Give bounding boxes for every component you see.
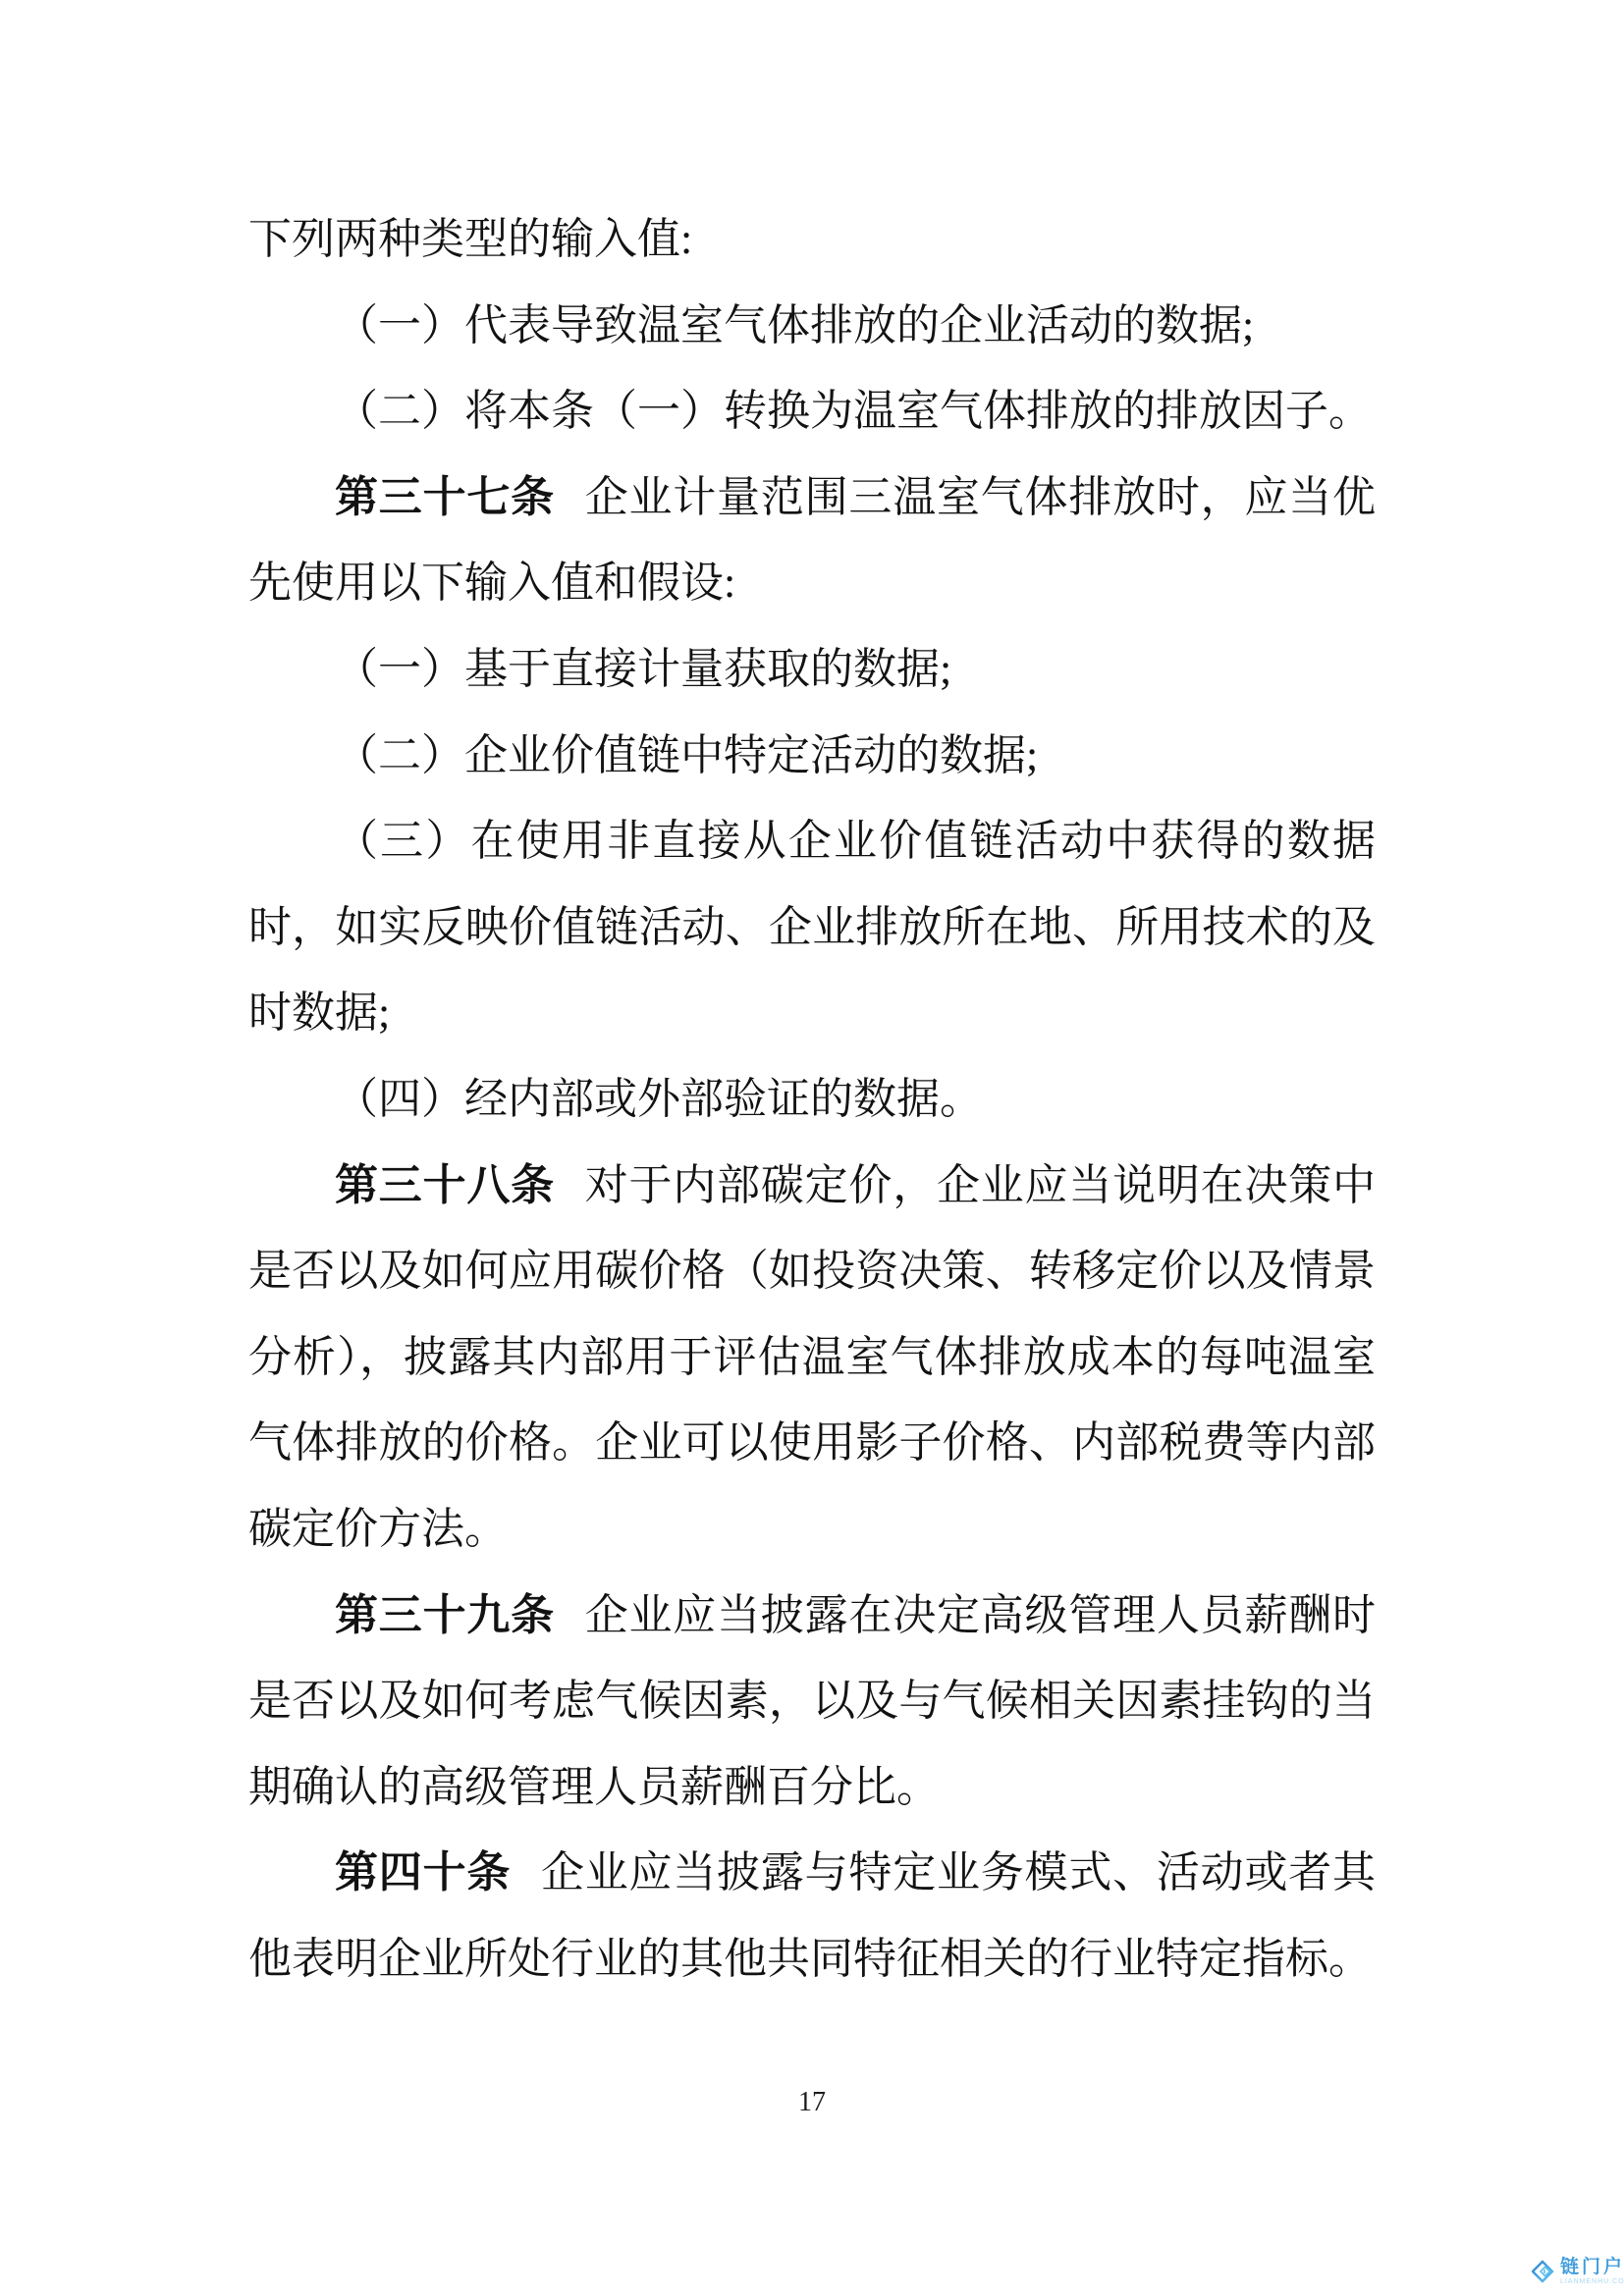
logo-text: 链门户 xyxy=(1560,2258,1624,2276)
document-page: 下列两种类型的输入值:（一）代表导致温室气体排放的企业活动的数据;（二）将本条（… xyxy=(0,0,1624,2296)
article-number: 第四十条 xyxy=(335,1848,511,1896)
lianmenhu-logo-icon xyxy=(1532,2260,1555,2283)
document-body: 下列两种类型的输入值:（一）代表导致温室气体排放的企业活动的数据;（二）将本条（… xyxy=(248,196,1376,2002)
paragraph: （四）经内部或外部验证的数据。 xyxy=(248,1056,1376,1143)
paragraph: 第四十条企业应当披露与特定业务模式、活动或者其他表明企业所处行业的其他共同特征相… xyxy=(248,1830,1376,2002)
paragraph: （一）代表导致温室气体排放的企业活动的数据; xyxy=(248,283,1376,369)
paragraph: 第三十七条企业计量范围三温室气体排放时，应当优先使用以下输入值和假设: xyxy=(248,454,1376,626)
paragraph: （三）在使用非直接从企业价值链活动中获得的数据时，如实反映价值链活动、企业排放所… xyxy=(248,798,1376,1056)
paragraph: 第三十九条企业应当披露在决定高级管理人员薪酬时是否以及如何考虑气候因素，以及与气… xyxy=(248,1573,1376,1831)
page-number: 17 xyxy=(0,2087,1624,2118)
site-logo: 链门户 LIANMENHU.COM xyxy=(1532,2258,1624,2285)
paragraph: 第三十八条对于内部碳定价，企业应当说明在决策中是否以及如何应用碳价格（如投资决策… xyxy=(248,1143,1376,1573)
paragraph: 下列两种类型的输入值: xyxy=(248,196,1376,283)
logo-text-block: 链门户 LIANMENHU.COM xyxy=(1560,2258,1624,2285)
article-number: 第三十八条 xyxy=(335,1161,555,1209)
paragraph: （二）企业价值链中特定活动的数据; xyxy=(248,713,1376,799)
logo-domain: LIANMENHU.COM xyxy=(1560,2278,1624,2285)
paragraph: （二）将本条（一）转换为温室气体排放的排放因子。 xyxy=(248,368,1376,454)
article-number: 第三十七条 xyxy=(335,473,555,521)
paragraph: （一）基于直接计量获取的数据; xyxy=(248,626,1376,713)
article-number: 第三十九条 xyxy=(335,1591,555,1639)
